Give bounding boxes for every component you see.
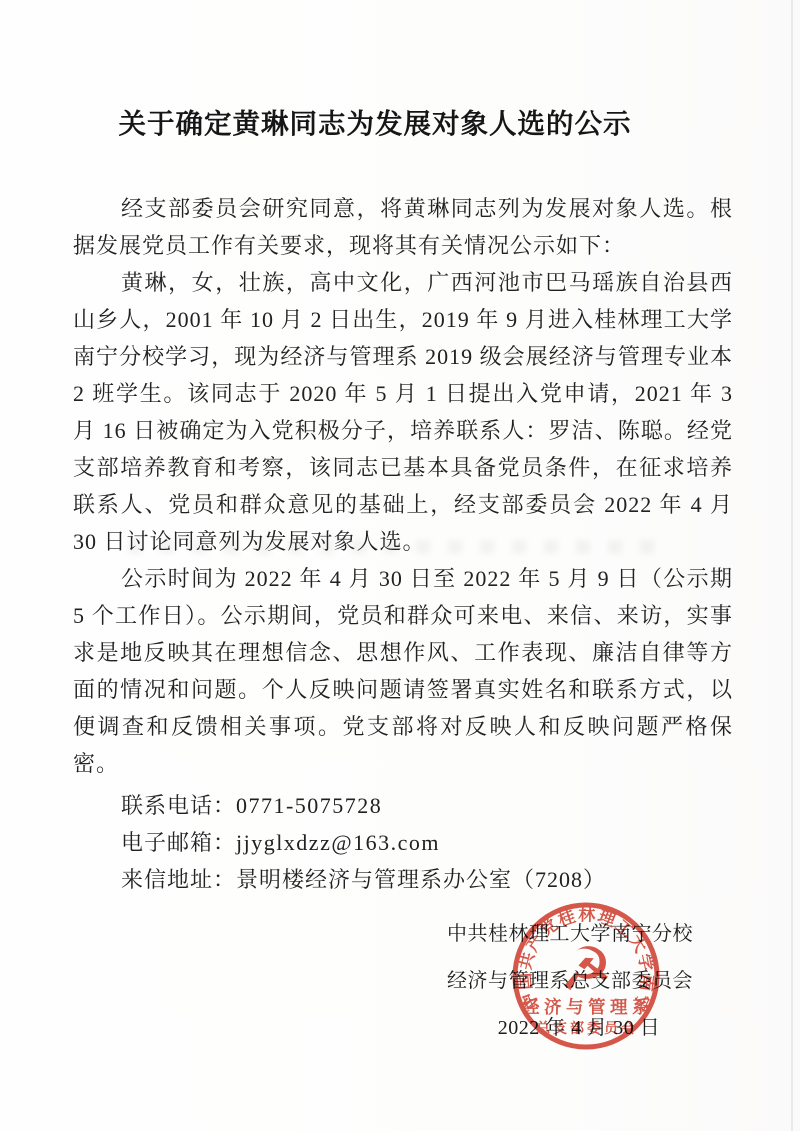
contact-phone-label: 联系电话：: [121, 793, 236, 818]
scan-edge-artifact: [791, 0, 793, 1131]
contact-block: 联系电话：0771-5075728 电子邮箱：jjyglxdzz@163.com…: [73, 787, 733, 898]
contact-email-line: 电子邮箱：jjyglxdzz@163.com: [73, 824, 733, 861]
contact-phone-value: 0771-5075728: [236, 793, 382, 818]
contact-email-label: 电子邮箱：: [121, 830, 236, 855]
paragraph-candidate-profile: 黄琳，女，壮族，高中文化，广西河池市巴马瑶族自治县西山乡人，2001 年 10 …: [73, 264, 733, 560]
official-seal: 中国共产党桂林理工大学南宁分校 ☭ 经济与管理系 总支部委员会: [494, 884, 678, 1068]
seal-committee-text: 总支部委员会: [536, 1020, 638, 1037]
hammer-and-sickle-icon: ☭: [559, 935, 613, 1005]
paragraph-notice-period: 公示时间为 2022 年 4 月 30 日至 2022 年 5 月 9 日（公示…: [73, 560, 733, 782]
page-title: 关于确定黄琳同志为发展对象人选的公示: [0, 0, 775, 142]
document-page: 关于确定黄琳同志为发展对象人选的公示 经支部委员会研究同意，将黄琳同志列为发展对…: [0, 0, 800, 1131]
document-body: 经支部委员会研究同意，将黄琳同志列为发展对象人选。根据发展党员工作有关要求，现将…: [73, 190, 733, 782]
contact-address-label: 来信地址：: [121, 867, 236, 892]
seal-department-text: 经济与管理系: [522, 997, 654, 1017]
contact-phone-line: 联系电话：0771-5075728: [73, 787, 733, 824]
contact-email-value: jjyglxdzz@163.com: [236, 830, 440, 855]
scan-smudge-artifact: [128, 540, 668, 554]
paragraph-intro: 经支部委员会研究同意，将黄琳同志列为发展对象人选。根据发展党员工作有关要求，现将…: [73, 190, 733, 264]
